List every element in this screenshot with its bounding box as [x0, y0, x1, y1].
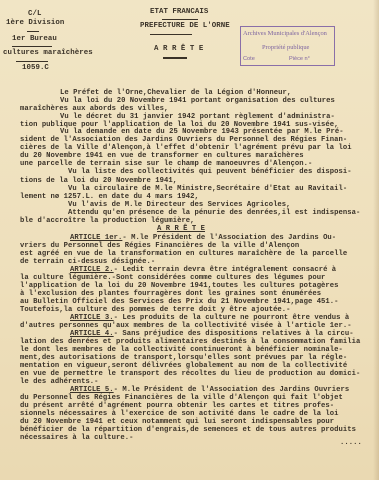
preamble-line: du 20 Novembre 1941 en vue de transforme… — [20, 152, 304, 160]
preamble-line: Vu la demande en date du 25 Novembre 194… — [60, 128, 344, 136]
header-prefecture: PREFECTURE DE L'ORNE — [140, 22, 230, 30]
archive-stamp: Archives Municipales d'Alençon Propriété… — [240, 26, 335, 66]
preamble-line: Le Préfet de l'Orne,Chevalier de la Légi… — [60, 89, 291, 97]
header-number: 1059.C — [22, 64, 49, 72]
paper-edge-shadow — [373, 0, 379, 480]
header-division: 1ère Division — [6, 19, 64, 27]
article-2: ARTICLE 2.- Ledit terrain devra être int… — [70, 266, 336, 274]
article-text: à l'exclusion des plantes fourragères do… — [20, 290, 321, 298]
divider — [162, 19, 198, 20]
preamble-line: tions de la loi du 20 Novembre 1941, — [20, 177, 177, 185]
stamp-archives: Archives Municipales d'Alençon — [243, 30, 327, 37]
stamp-cote: Cote — [243, 56, 255, 62]
preamble-line: maraîchères aux abords des villes, — [20, 105, 168, 113]
article-text: le dont les membres de la collectivité c… — [20, 346, 343, 354]
preamble-line: lement nø 1257.L. en date du 4 mars 1942… — [20, 193, 199, 201]
preamble-line: une parcelle de terrain sise sur le cham… — [20, 160, 312, 168]
article-text: en vue de permettre le transport des réc… — [20, 370, 360, 378]
preamble-line: cières de la Ville d'Alençon,à l'effet d… — [20, 144, 352, 152]
divider — [16, 61, 48, 62]
header-title: A R R Ê T E — [154, 45, 203, 53]
article-text: de terrain ci-dessus désignée.- — [20, 258, 155, 266]
article-text: Toutefois,la culture des pommes de terre… — [20, 306, 291, 314]
article-text: est agréé en vue de la transformation en… — [20, 250, 347, 258]
article-text: du Personnel des Régies Financières de l… — [20, 394, 343, 402]
article-text: sionnels nécessaires à l'exercice de son… — [20, 410, 339, 418]
stamp-property: Propriété publique — [262, 44, 309, 51]
article-text: bénéficier de la répartition d'engrais,d… — [20, 426, 356, 434]
header-bureau: 1er Bureau — [12, 35, 57, 43]
article-label: ARTICLE 2. — [70, 266, 114, 274]
arrete-heading: A R R Ê T E — [157, 225, 205, 233]
article-text: mentation en vigueur,seront délivrées gl… — [20, 362, 347, 370]
article-text: au Bulletin Officiel des Services des Pr… — [20, 298, 339, 306]
article-text: la culture légumière.-Sont considérées c… — [20, 274, 325, 282]
article-text: - Ledit terrain devra être intégralement… — [114, 266, 337, 274]
header-subject: cultures maraîchères — [3, 49, 93, 57]
divider — [150, 34, 192, 35]
divider — [12, 46, 52, 47]
article-label: ARTICLE 3. — [70, 314, 114, 322]
article-text: - Les produits de la culture ne pourront… — [114, 314, 350, 322]
article-text: du 20 Novembre 1941 et ceux notamment qu… — [20, 418, 334, 426]
header-ref: C/L — [28, 10, 41, 18]
article-label: ARTICLE 1er. — [70, 234, 122, 242]
article-label: ARTICLE 5. — [70, 386, 114, 394]
article-text: ment,des autorisations de transport,lors… — [20, 354, 347, 362]
preamble-line: ble d'accroître la production légumière, — [20, 217, 195, 225]
header-state: ETAT FRANCAIS — [150, 8, 208, 16]
preamble-line: sident de l'Association des Jardins Ouvr… — [20, 136, 347, 144]
article-text: lation des denrées et produits alimentai… — [20, 338, 360, 346]
article-1: ARTICLE 1er.- M.le Président de l'Associ… — [70, 234, 336, 242]
article-text: du présent arrêté d'agrément pourra obte… — [20, 402, 334, 410]
preamble-line: Vu le décret du 31 janvier 1942 portant … — [60, 113, 335, 121]
stamp-piece: Pièce n° — [289, 56, 310, 62]
divider — [27, 31, 39, 32]
article-text: - M.le Président de l'Association des Ja… — [114, 386, 350, 394]
article-text: vriers du Personnel des Régies Financièr… — [20, 242, 299, 250]
preamble-line: Vu la liste des collectivités qui peuven… — [68, 168, 352, 176]
article-4: ARTICLE 4.- Sans préjudice des dispositi… — [70, 330, 354, 338]
preamble-line: Vu la circulaire de M.le Ministre,Secrét… — [68, 185, 347, 193]
article-text: - M.le Président de l'Association des Ja… — [122, 234, 336, 242]
end-mark: ..... — [340, 439, 362, 447]
article-text: le des adhérents.- — [20, 378, 99, 386]
article-label: ARTICLE 4. — [70, 330, 114, 338]
article-text: d'autres personnes qu'aux membres de la … — [20, 322, 352, 330]
divider — [163, 57, 187, 59]
article-5: ARTICLE 5.- M.le Président de l'Associat… — [70, 386, 349, 394]
article-3: ARTICLE 3.- Les produits de la culture n… — [70, 314, 349, 322]
article-text: nécessaires à la culture.- — [20, 434, 133, 442]
preamble-line: Vu la loi du 20 Novembre 1941 portant or… — [60, 97, 335, 105]
preamble-line: Vu l'avis de M.le Directeur des Services… — [68, 201, 291, 209]
article-text: - Sans préjudice des dispositions relati… — [114, 330, 354, 338]
article-text: l'application de la loi du 20 Novembre 1… — [20, 282, 339, 290]
preamble-line: Attendu qu'en présence de la pénurie des… — [68, 209, 360, 217]
